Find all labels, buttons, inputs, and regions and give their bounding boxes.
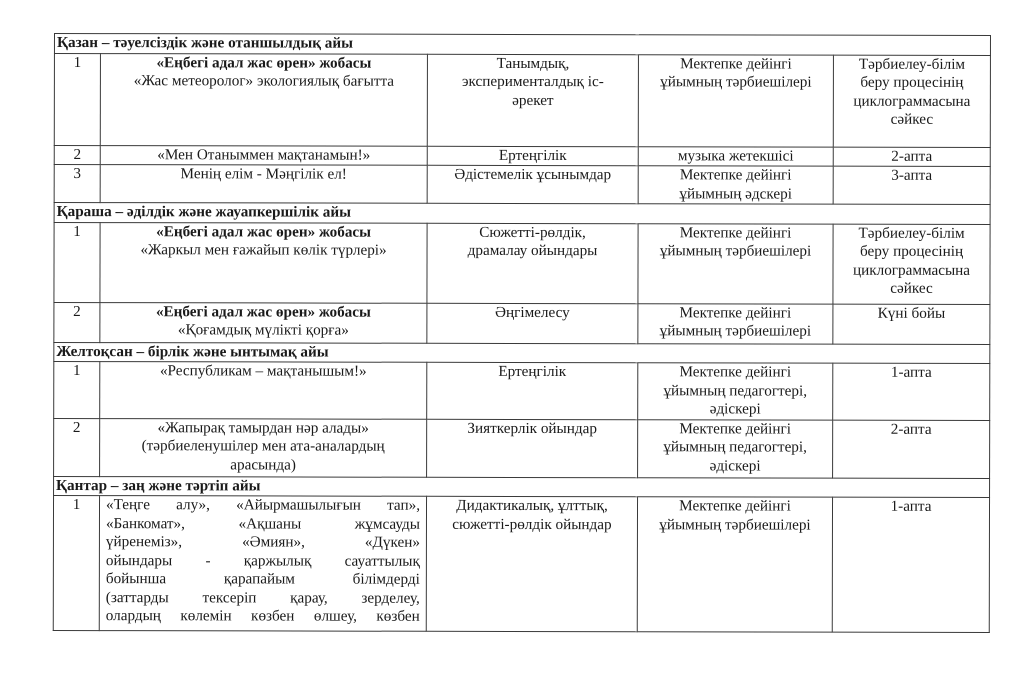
event-title: «Жас метеоролог» экологиялық бағытта	[104, 72, 424, 91]
event-title-cell: «Теңге алу», «Айырмашылығын тап», «Банко…	[99, 496, 426, 632]
activity-form: Әңгімелесу	[427, 303, 638, 343]
month-heading-row: Қантар – заң және тәртіп айы	[54, 476, 990, 497]
activity-form: Ертеңгілік	[427, 362, 638, 419]
row-number: 1	[53, 496, 99, 631]
table-row: 1 «Еңбегі адал жас өрен» жобасы «Жас мет…	[54, 53, 990, 147]
row-number: 2	[54, 302, 100, 342]
event-title-cell: «Еңбегі адал жас өрен» жобасы «Жас метео…	[100, 53, 427, 146]
timeline: 2-апта	[833, 147, 990, 167]
table-row: 2 «Жапырақ тамырдан нәр алады» (тәрбиеле…	[54, 418, 990, 478]
event-title: «Жапырақ тамырдан нәр алады» (тәрбиелену…	[100, 418, 427, 477]
document-page: Қазан – тәуелсіздік және отаншылдық айы …	[53, 33, 990, 633]
event-title-cell: «Еңбегі адал жас өрен» жобасы «Жаркыл ме…	[100, 222, 427, 303]
responsible: Мектепке дейінгі ұйымның педагогтері, әд…	[638, 363, 833, 420]
month-heading: Қантар – заң және тәртіп айы	[54, 476, 990, 497]
month-heading: Желтоқсан – бірлік және ынтымақ айы	[54, 342, 990, 363]
activity-form: Әдістемелік ұсынымдар	[427, 165, 638, 203]
row-number: 2	[54, 145, 100, 165]
timeline: 1-апта	[832, 497, 989, 632]
event-title: «Қоғамдық мүлікті қорға»	[103, 321, 423, 340]
events-plan-table: Қазан – тәуелсіздік және отаншылдық айы …	[53, 33, 991, 633]
timeline: Тәрбиелеу-білім беру процесінің циклогра…	[833, 224, 990, 304]
timeline: 1-апта	[833, 363, 990, 420]
timeline: 2-апта	[833, 420, 990, 478]
event-title-cell: «Еңбегі адал жас өрен» жобасы «Қоғамдық …	[100, 302, 427, 343]
event-title-line: ойындары - қаржылық сауаттылық	[106, 552, 420, 571]
activity-form: Зияткерлік ойындар	[427, 419, 638, 477]
responsible: Мектепке дейінгі ұйымның тәрбиешілері	[638, 54, 833, 146]
event-title: «Жаркыл мен ғажайып көлік түрлері»	[104, 241, 424, 260]
row-number: 3	[54, 165, 100, 203]
table-row: 1 «Еңбегі адал жас өрен» жобасы «Жаркыл …	[54, 222, 990, 304]
project-name: «Еңбегі адал жас өрен» жобасы	[104, 223, 424, 242]
row-number: 2	[54, 418, 100, 476]
event-title: Менің елім - Мәңгілік ел!	[100, 165, 427, 204]
responsible: Мектепке дейінгі ұйымның әдскері	[638, 166, 833, 204]
activity-form: Сюжетті-рөлдік, драмалау ойындары	[427, 223, 638, 303]
activity-form: Танымдық, эксперименталдық іс-әрекет	[427, 54, 638, 146]
event-title-line: «Теңге алу», «Айырмашылығын тап»,	[106, 496, 420, 515]
event-title-line: олардың көлемін көзбен өлшеу, көзбен	[106, 607, 420, 626]
timeline: Күні бойы	[833, 304, 990, 344]
month-heading-row: Қараша – әділдік және жауапкершілік айы	[54, 203, 990, 224]
table-row: 2 «Мен Отаныммен мақтанамын!» Ертеңгілік…	[54, 145, 990, 166]
activity-form: Дидактикалық, ұлттық, сюжетті-рөлдік ойы…	[426, 496, 637, 631]
row-number: 1	[54, 362, 100, 419]
event-title: «Мен Отаныммен мақтанамын!»	[100, 145, 427, 165]
event-title-line: үйренеміз», «Әмиян», «Дүкен»	[106, 533, 420, 552]
event-title-line: (заттарды тексеріп қарау, зерделеу,	[106, 589, 420, 608]
project-name: «Еңбегі адал жас өрен» жобасы	[104, 54, 424, 73]
event-title-line: бойынша қарапайым білімдерді	[106, 570, 420, 589]
event-title: «Республикам – мақтанышым!»	[100, 362, 427, 419]
table-row: 3 Менің елім - Мәңгілік ел! Әдістемелік …	[54, 165, 990, 205]
responsible: Мектепке дейінгі ұйымның тәрбиешілері	[638, 223, 833, 303]
row-number: 1	[54, 53, 100, 145]
responsible: Мектепке дейінгі ұйымның педагогтері, әд…	[638, 419, 833, 477]
month-heading-row: Қазан – тәуелсіздік және отаншылдық айы	[54, 34, 990, 55]
responsible: Мектепке дейінгі ұйымның тәрбиешілері	[638, 303, 833, 343]
responsible: Мектепке дейінгі ұйымның тәрбиешілері	[637, 497, 832, 632]
month-heading: Қазан – тәуелсіздік және отаншылдық айы	[54, 34, 990, 55]
table-row: 1 «Теңге алу», «Айырмашылығын тап», «Бан…	[53, 496, 989, 633]
activity-form: Ертеңгілік	[427, 146, 638, 166]
timeline: 3-апта	[833, 166, 990, 204]
month-heading-row: Желтоқсан – бірлік және ынтымақ айы	[54, 342, 990, 363]
table-row: 2 «Еңбегі адал жас өрен» жобасы «Қоғамды…	[54, 302, 990, 344]
timeline: Тәрбиелеу-білім беру процесінің циклогра…	[833, 55, 990, 147]
responsible: музыка жетекшісі	[638, 146, 833, 166]
table-row: 1 «Республикам – мақтанышым!» Ертеңгілік…	[54, 362, 990, 420]
event-title-line: «Банкомат», «Ақшаны жұмсауды	[106, 515, 420, 534]
row-number: 1	[54, 222, 100, 302]
month-heading: Қараша – әділдік және жауапкершілік айы	[54, 203, 990, 224]
project-name: «Еңбегі адал жас өрен» жобасы	[103, 303, 423, 322]
